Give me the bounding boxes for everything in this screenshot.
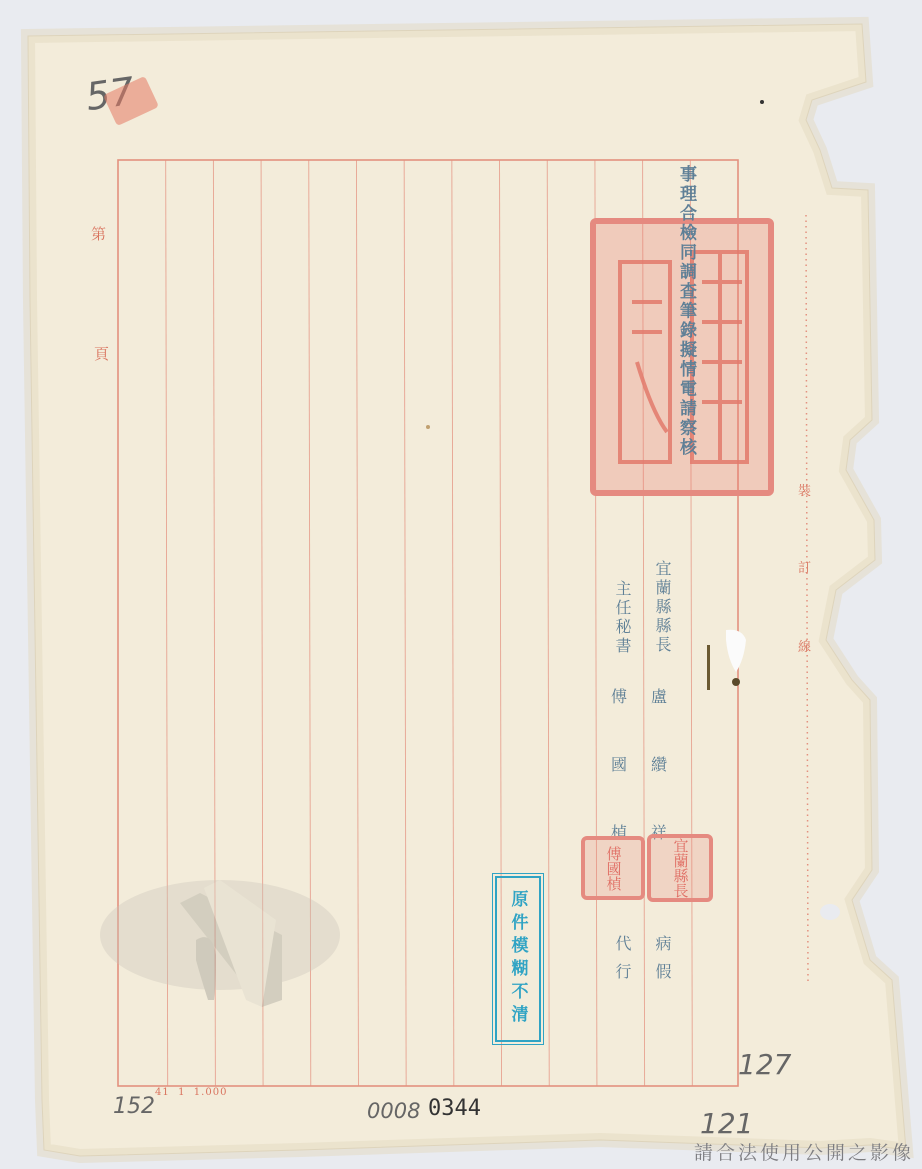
page-label-di: 第 xyxy=(91,223,106,244)
signatory-note-sick-leave: 病假 xyxy=(651,935,674,991)
handwritten-mark-bottom-right-upper: 127 xyxy=(738,1048,791,1081)
archive-number-printed: 0344 xyxy=(428,1096,481,1121)
signatory-name-char-1: 盧 xyxy=(651,684,667,707)
page-label-ye: 頁 xyxy=(94,343,109,364)
binding-label-ding: 訂 xyxy=(798,557,811,576)
usage-watermark: 請合法使用公開之影像 xyxy=(694,1138,914,1165)
scanned-document: 第 頁 裝 訂 線 事理合檢同調查筆錄擬情電請察核 宜蘭縣縣長 盧 纘 祥 病假… xyxy=(0,0,922,1169)
signatory-name-char-2: 纘 xyxy=(651,752,667,775)
magistrate-seal: 宜蘭縣長 xyxy=(647,834,713,902)
secretary-name-char-1: 傅 xyxy=(611,684,627,707)
archive-number-handwritten: 0008 xyxy=(367,1099,420,1123)
secretary-name-char-2: 國 xyxy=(611,752,627,775)
signatory-title-magistrate: 宜蘭縣縣長 xyxy=(651,560,674,655)
handwritten-mark-bottom-left: 152 xyxy=(113,1094,155,1119)
binding-label-xian: 線 xyxy=(798,636,811,655)
subject-line: 事理合檢同調查筆錄擬情電請察核 xyxy=(677,165,694,458)
secretary-seal: 傅國楨 xyxy=(581,836,645,900)
binding-label-zhuang: 裝 xyxy=(798,480,811,499)
handwritten-mark-bottom-right-lower: 121 xyxy=(700,1107,753,1140)
signatory-note-acting: 代行 xyxy=(611,935,634,991)
signatory-title-secretary: 主任秘書 xyxy=(611,580,634,656)
form-code: 41 1 1.000 xyxy=(155,1087,227,1098)
paper-sheet xyxy=(0,0,922,1169)
illegible-original-stamp: 原件模糊不清 xyxy=(495,876,541,1042)
stamp-notice-text: 原件模糊不清 xyxy=(506,890,531,1028)
